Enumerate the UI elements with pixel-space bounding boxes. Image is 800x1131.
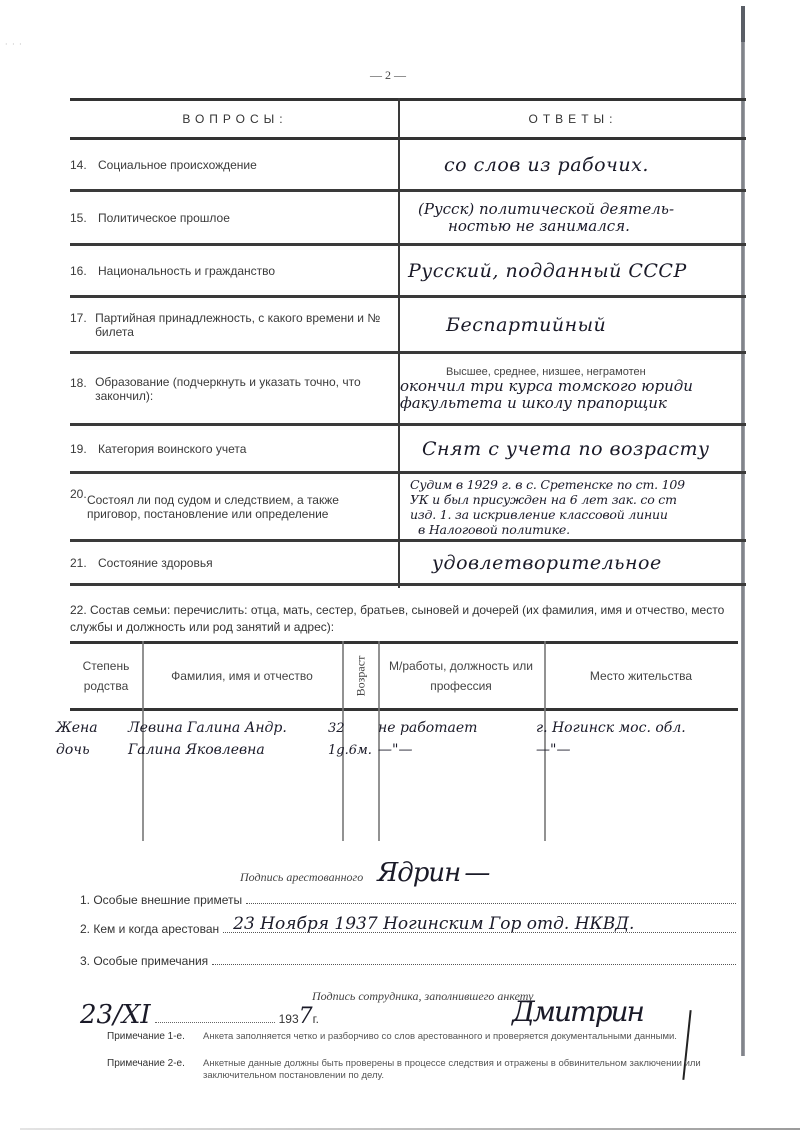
answer-field[interactable]: со слов из рабочих. bbox=[400, 140, 746, 189]
header-residence: Место жительства bbox=[544, 644, 738, 708]
header-occupation: М/работы, должность или профессия bbox=[378, 644, 544, 708]
question-row-18: 18.Образование (подчеркнуть и указать то… bbox=[70, 354, 746, 426]
header-age: Возраст bbox=[342, 644, 378, 708]
family-table: Степень родства Фамилия, имя и отчество … bbox=[70, 641, 738, 761]
questions-header: ВОПРОСЫ: bbox=[70, 112, 400, 126]
header-relation: Степень родства bbox=[70, 644, 142, 708]
question-text: 20.Состоял ли под судом и следствием, а … bbox=[70, 474, 400, 539]
question-row-21: 21.Состояние здоровья удовлетворительное bbox=[70, 542, 746, 586]
answer-field[interactable]: Судим в 1929 г. в с. Сретенске по ст. 10… bbox=[400, 474, 746, 539]
answers-header: ОТВЕТЫ: bbox=[400, 112, 746, 126]
question-text: 18.Образование (подчеркнуть и указать то… bbox=[70, 354, 400, 423]
page-number: — 2 — bbox=[370, 68, 406, 83]
answer-field[interactable]: Снят с учета по возрасту bbox=[400, 426, 746, 471]
arrested-signature-line: Подпись арестованного Ядрин — bbox=[240, 858, 489, 888]
question-text: 15.Политическое прошлое bbox=[70, 192, 400, 243]
family-rows: Жена Левина Галина Андр. 32 не работает … bbox=[70, 711, 738, 761]
question-text: 21.Состояние здоровья bbox=[70, 542, 400, 583]
arrested-by-field: 2. Кем и когда арестован 23 Ноября 1937 … bbox=[80, 922, 740, 936]
date-field: 23/XI 193 7 г. bbox=[80, 1000, 319, 1030]
question-text: 14.Социальное происхождение bbox=[70, 140, 400, 189]
questionnaire-table: ВОПРОСЫ: ОТВЕТЫ: 14.Социальное происхожд… bbox=[70, 98, 746, 586]
scan-bottom-edge bbox=[20, 1128, 800, 1130]
question-text: 16.Национальность и гражданство bbox=[70, 246, 400, 295]
family-section-intro: 22. Состав семьи: перечислить: отца, мат… bbox=[70, 602, 746, 636]
family-row[interactable]: дочь Галина Яковлевна 1g.6м. —"— —"— bbox=[70, 739, 738, 761]
answer-field[interactable]: Высшее, среднее, низшее, неграмотен окон… bbox=[400, 354, 746, 423]
staff-signature-block: Подпись сотрудника, заполнившего анкету … bbox=[312, 985, 534, 1004]
arrested-signature-label: Подпись арестованного bbox=[240, 870, 363, 885]
note-1: Примечание 1-е. Анкета заполняется четко… bbox=[107, 1031, 727, 1043]
date-year-digit[interactable]: 7 bbox=[299, 1004, 313, 1029]
question-row-14: 14.Социальное происхождение со слов из р… bbox=[70, 140, 746, 192]
question-text: 19.Категория воинского учета bbox=[70, 426, 400, 471]
note-2: Примечание 2-е. Анкетные данные должны б… bbox=[107, 1058, 727, 1082]
special-marks-field: 1. Особые внешние приметы bbox=[80, 893, 740, 907]
answer-field[interactable]: Русский, подданный СССР bbox=[400, 246, 746, 295]
scan-corner-mark: · · · bbox=[5, 40, 23, 49]
staff-signature-label: Подпись сотрудника, заполнившего анкету bbox=[312, 989, 534, 1003]
header-full-name: Фамилия, имя и отчество bbox=[142, 644, 342, 708]
answer-field[interactable]: (Русск) политической деятель- ностью не … bbox=[400, 192, 746, 243]
education-options: Высшее, среднее, низшее, неграмотен bbox=[418, 366, 746, 378]
family-row[interactable]: Жена Левина Галина Андр. 32 не работает … bbox=[70, 717, 738, 739]
answer-field[interactable]: удовлетворительное bbox=[400, 542, 746, 583]
answer-field[interactable]: Беспартийный bbox=[400, 298, 746, 351]
question-row-16: 16.Национальность и гражданство Русский,… bbox=[70, 246, 746, 298]
date-day-month[interactable]: 23/XI bbox=[80, 1000, 151, 1030]
family-table-header: Степень родства Фамилия, имя и отчество … bbox=[70, 641, 738, 711]
special-notes-field: 3. Особые примечания bbox=[80, 954, 740, 968]
question-row-19: 19.Категория воинского учета Снят с учет… bbox=[70, 426, 746, 474]
question-row-17: 17.Партийная принадлежность, с какого вр… bbox=[70, 298, 746, 354]
question-text: 17.Партийная принадлежность, с какого вр… bbox=[70, 298, 400, 351]
question-row-15: 15.Политическое прошлое (Русск) политиче… bbox=[70, 192, 746, 246]
table-header: ВОПРОСЫ: ОТВЕТЫ: bbox=[70, 101, 746, 137]
staff-signature[interactable]: Дмитрин bbox=[512, 995, 643, 1028]
question-row-20: 20.Состоял ли под судом и следствием, а … bbox=[70, 474, 746, 542]
arrested-signature[interactable]: Ядрин — bbox=[377, 858, 489, 888]
